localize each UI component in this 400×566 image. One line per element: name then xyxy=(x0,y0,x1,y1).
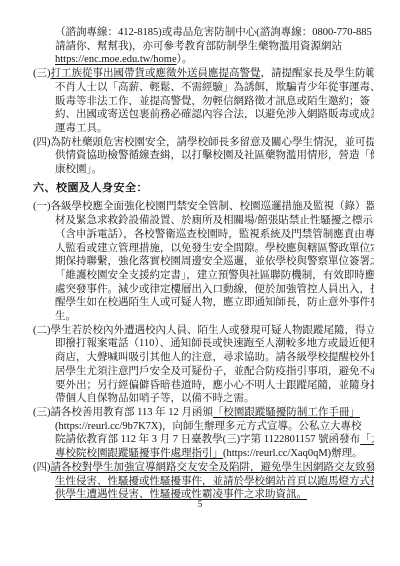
text-line: (二)學生若於校內外遭遇校內人員、陌生人或發現可疑人物跟蹤尾隨，得立 xyxy=(33,324,374,338)
text-run: 院請依教育部 112 年 3 月 7 日臺教學(三)字第 1122801157 … xyxy=(55,434,360,445)
underlined-text: 請各校對學生加強宣導網路交友安全及陷阱，避免學生因網路交友致發 xyxy=(51,462,375,473)
text-run: 學生若於校內外遭遇校內人員、陌生人或發現可疑人物跟蹤尾隨，得立 xyxy=(51,325,375,336)
text-line: 「維護校園安全支援約定書」，建立預警與社區聯防機制，有效即時應 xyxy=(33,269,374,283)
text-run: ，請提醒家長及學生防範 xyxy=(261,68,375,79)
underlined-text: 供學生遭遇性侵害、性騷擾或性霸凌事件之求助資訊。 xyxy=(55,489,307,500)
text-run: 醒學生如在校遇陌生人或可疑人物，應立即通知師長，防止意外事件發 xyxy=(55,297,374,308)
text-line: 請請你、幫幫我)，亦可參考教育部防制學生藥物濫用資源網站 xyxy=(33,40,374,54)
text-line: https://enc.moe.edu.tw/home）。 xyxy=(33,53,374,67)
text-run: 為防杜藥頭危害校園安全，請學校師長多留意及關心學生情況，並可提 xyxy=(51,137,375,148)
text-line: 材及緊急求救鈴設備設置、於廁所及相關場/館張貼禁止性騷擾之標示 xyxy=(33,214,374,228)
text-run: 六、校園及人身安全： xyxy=(33,182,148,194)
text-run: 居學生尤須注意門戶安全及可疑份子，並配合防疫指引事項，避免不必 xyxy=(55,366,374,377)
list-item-marker: (二) xyxy=(33,325,51,336)
text-line: 供情資協助檢警循線查緝，以打擊校園及社區藥物濫用情形，營造「健 xyxy=(33,149,374,163)
text-line: 商店，大聲喊叫吸引其他人的注意，尋求協助。請各級學校提醒校外賃 xyxy=(33,351,374,365)
underlined-text: 生性侵害、性騷擾或性騷擾事件，並請於學校網站首頁以跑馬燈方式提 xyxy=(55,476,374,487)
text-line: 生。 xyxy=(33,310,374,324)
text-run: 販毒等非法工作，並提高警覺，勿輕信網路徵才訊息或陌生邀約；簽 xyxy=(55,96,370,107)
paragraph-block: (三)打工族從事出國帶貨或應徵外送員應提高警覺，請提醒家長及學生防範不肖人士以「… xyxy=(33,67,374,136)
list-item-marker: (三) xyxy=(33,407,51,418)
text-line: (四)為防杜藥頭危害校園安全，請學校師長多留意及關心學生情況，並可提 xyxy=(33,136,374,150)
text-line: 販毒等非法工作，並提高警覺，勿輕信網路徵才訊息或陌生邀約；簽 xyxy=(33,95,374,109)
text-run: （含申訴電話），各校警衛巡查校園時，監視系統及門禁管制應責由專 xyxy=(55,229,374,240)
text-line: 專校院校園跟蹤騷擾事件處理指引」(https://reurl.cc/Xaq0qM… xyxy=(33,447,374,461)
text-line: 康校園」。 xyxy=(33,163,374,177)
list-item-marker: (四) xyxy=(33,462,51,473)
paragraph-block: (四)為防杜藥頭危害校園安全，請學校師長多留意及關心學生情況，並可提供情資協助檢… xyxy=(33,136,374,177)
underlined-text: 專校院校園跟蹤騷擾事件處理指引」 xyxy=(55,448,223,459)
text-run: 「維護校園安全支援約定書」，建立預警與社區聯防機制，有效即時應 xyxy=(55,270,374,281)
text-run: 即撥打報案電話（110）、通知師長或快速跑至人潮較多地方或最近便利 xyxy=(55,338,374,349)
text-run: 各級學校應全面強化校園門禁安全管制、校園巡邏措施及監視（錄）器 xyxy=(51,201,375,212)
paragraph-block: (三)請各校善用教育部 113 年 12 月函頒「校園跟蹤騷擾防制工作手冊」(h… xyxy=(33,406,374,461)
text-run: 期保持聯繫，強化落實校園周邊安全巡邏，並依學校與警察單位簽署之 xyxy=(55,256,374,267)
text-line: 要外出；另行經偏僻昏暗巷道時，應小心不明人士跟蹤尾隨，並隨身攜 xyxy=(33,379,374,393)
text-line: 六、校園及人身安全： xyxy=(33,182,374,196)
text-line: (三)請各校善用教育部 113 年 12 月函頒「校園跟蹤騷擾防制工作手冊」 xyxy=(33,406,374,420)
text-run: 要外出；另行經偏僻昏暗巷道時，應小心不明人士跟蹤尾隨，並隨身攜 xyxy=(55,380,374,391)
text-line: 院請依教育部 112 年 3 月 7 日臺教學(三)字第 1122801157 … xyxy=(33,433,374,447)
text-run: 請請你、幫幫我)，亦可參考教育部防制學生藥物濫用資源網站 xyxy=(55,41,342,52)
underlined-text: 「校園跟蹤騷擾防制工作手冊」 xyxy=(213,407,360,418)
text-run: 人監看或建立管理措施，以免發生安全間隙。學校應與轄區警政單位定 xyxy=(55,243,374,254)
text-line: 運毒工具。 xyxy=(33,122,374,136)
document-body: （諮詢專線：412-8185)或毒品危害防制中心(諮詢專線：0800-770-8… xyxy=(33,26,374,502)
text-run: ）。 xyxy=(177,54,193,65)
text-line: 約、出國或寄送包裹前務必確認內容合法，以避免涉入網路販毒或成為 xyxy=(33,108,374,122)
text-line: （含申訴電話），各校警衛巡查校園時，監視系統及門禁管制應責由專 xyxy=(33,228,374,242)
paragraph-block: (四)請各校對學生加強宣導網路交友安全及陷阱，避免學生因網路交友致發生性侵害、性… xyxy=(33,461,374,502)
text-line: 不肖人士以「高薪、輕鬆、不需經驗」為誘餌，欺騙青少年從事運毒、 xyxy=(33,81,374,95)
text-line: （諮詢專線：412-8185)或毒品危害防制中心(諮詢專線：0800-770-8… xyxy=(33,26,374,40)
text-line: (三)打工族從事出國帶貨或應徵外送員應提高警覺，請提醒家長及學生防範 xyxy=(33,67,374,81)
underlined-text: 打工族從事出國帶貨或應徵外送員應提高警覺 xyxy=(51,68,261,79)
text-line: 帶個人自保物品如哨子等，以備不時之需。 xyxy=(33,392,374,406)
text-line: 期保持聯繫，強化落實校園周邊安全巡邏，並依學校與警察單位簽署之 xyxy=(33,255,374,269)
text-line: 居學生尤須注意門戶安全及可疑份子，並配合防疫指引事項，避免不必 xyxy=(33,365,374,379)
list-item-marker: (四) xyxy=(33,137,51,148)
text-run: 生。 xyxy=(55,311,76,322)
paragraph-block: （諮詢專線：412-8185)或毒品危害防制中心(諮詢專線：0800-770-8… xyxy=(33,26,374,67)
text-run: 帶個人自保物品如哨子等，以備不時之需。 xyxy=(55,393,255,404)
text-line: 生性侵害、性騷擾或性騷擾事件，並請於學校網站首頁以跑馬燈方式提 xyxy=(33,475,374,489)
text-run: 約、出國或寄送包裹前務必確認內容合法，以避免涉入網路販毒或成為 xyxy=(55,109,374,120)
text-run: （諮詢專線：412-8185)或毒品危害防制中心(諮詢專線：0800-770-8… xyxy=(55,27,372,38)
text-line: (四)請各校對學生加強宣導網路交友安全及陷阱，避免學生因網路交友致發 xyxy=(33,461,374,475)
section-heading: 六、校園及人身安全： xyxy=(33,182,374,196)
text-run: (https://reurl.cc/9b7K7X)，向師生辦理多元方式宣導。公私… xyxy=(55,421,362,432)
underlined-text: 「大 xyxy=(360,434,374,445)
text-line: (一)各級學校應全面強化校園門禁安全管制、校園巡邏措施及監視（錄）器 xyxy=(33,200,374,214)
url-text: https://enc.moe.edu.tw/home xyxy=(55,54,177,65)
text-run: 供情資協助檢警循線查緝，以打擊校園及社區藥物濫用情形，營造「健 xyxy=(55,150,374,161)
text-line: 處突發事件。減少或律定樓層出入口動線，便於加強管控人員出入，提 xyxy=(33,283,374,297)
list-item-marker: (一) xyxy=(33,201,51,212)
text-line: 醒學生如在校遇陌生人或可疑人物，應立即通知師長，防止意外事件發 xyxy=(33,296,374,310)
paragraph-block: (二)學生若於校內外遭遇校內人員、陌生人或發現可疑人物跟蹤尾隨，得立即撥打報案電… xyxy=(33,324,374,406)
text-line: (https://reurl.cc/9b7K7X)，向師生辦理多元方式宣導。公私… xyxy=(33,420,374,434)
text-run: 處突發事件。減少或律定樓層出入口動線，便於加強管控人員出入，提 xyxy=(55,284,374,295)
text-line: 人監看或建立管理措施，以免發生安全間隙。學校應與轄區警政單位定 xyxy=(33,242,374,256)
text-run: 康校園」。 xyxy=(55,164,102,175)
page-number: 5 xyxy=(0,500,400,510)
text-run: 運毒工具。 xyxy=(55,123,108,134)
text-run: 材及緊急求救鈴設備設置、於廁所及相關場/館張貼禁止性騷擾之標示 xyxy=(55,215,373,226)
text-line: 即撥打報案電話（110）、通知師長或快速跑至人潮較多地方或最近便利 xyxy=(33,337,374,351)
text-run: 請各校善用教育部 113 年 12 月函頒 xyxy=(51,407,213,418)
document-page: （諮詢專線：412-8185)或毒品危害防制中心(諮詢專線：0800-770-8… xyxy=(0,0,400,566)
text-run: 不肖人士以「高薪、輕鬆、不需經驗」為誘餌，欺騙青少年從事運毒、 xyxy=(55,82,374,93)
paragraph-block: (一)各級學校應全面強化校園門禁安全管制、校園巡邏措施及監視（錄）器材及緊急求救… xyxy=(33,200,374,323)
text-run: 商店，大聲喊叫吸引其他人的注意，尋求協助。請各級學校提醒校外賃 xyxy=(55,352,374,363)
text-run: (https://reurl.cc/Xaq0qM)辦理。 xyxy=(223,448,363,459)
list-item-marker: (三) xyxy=(33,68,51,79)
